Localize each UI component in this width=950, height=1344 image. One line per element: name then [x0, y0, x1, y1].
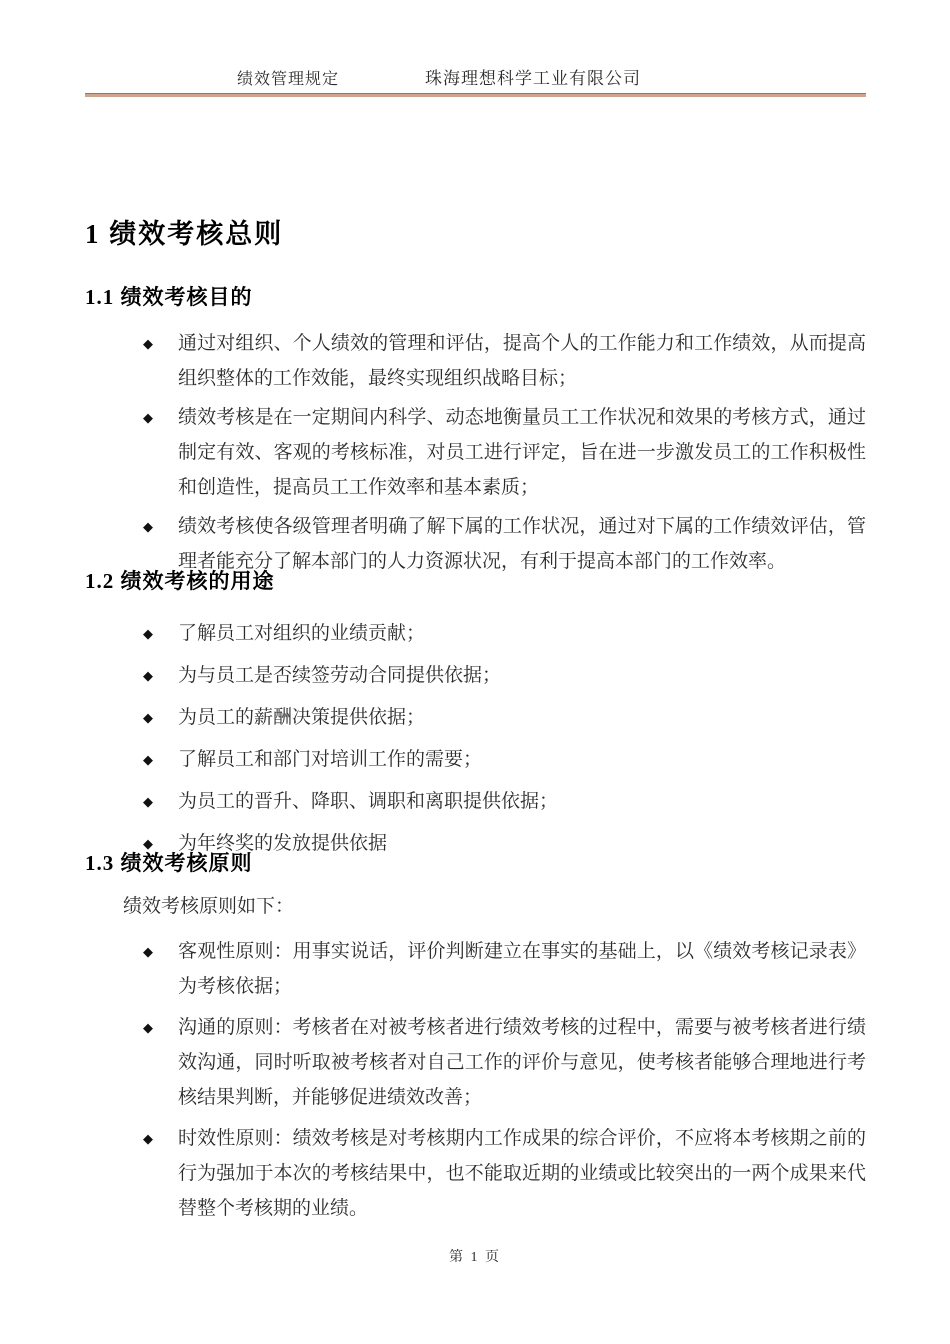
header-company-name: 珠海理想科学工业有限公司: [425, 64, 641, 89]
bullet-item: ◆ 客观性原则：用事实说话，评价判断建立在事实的基础上，以《绩效考核记录表》为考…: [143, 934, 866, 1004]
bullet-text: 时效性原则：绩效考核是对考核期内工作成果的综合评价，不应将本考核期之前的行为强加…: [178, 1121, 866, 1226]
page-footer: 第 1 页: [0, 1246, 950, 1266]
section-1-1-heading: 1.1 绩效考核目的: [85, 281, 866, 311]
bullet-item: ◆ 绩效考核是在一定期间内科学、动态地衡量员工工作状况和效果的考核方式，通过制定…: [143, 400, 866, 505]
diamond-bullet-icon: ◆: [143, 934, 178, 1004]
bullet-text: 了解员工对组织的业绩贡献；: [178, 616, 866, 651]
section-1-1-bullets: ◆ 通过对组织、个人绩效的管理和评估，提高个人的工作能力和工作绩效，从而提高组织…: [85, 326, 866, 579]
bullet-item: ◆ 为与员工是否续签劳动合同提供依据；: [143, 658, 866, 693]
header-rule: [85, 93, 866, 97]
section-1-2-heading: 1.2 绩效考核的用途: [85, 565, 866, 595]
diamond-bullet-icon: ◆: [143, 658, 178, 693]
diamond-bullet-icon: ◆: [143, 1010, 178, 1115]
bullet-text: 沟通的原则：考核者在对被考核者进行绩效考核的过程中，需要与被考核者进行绩效沟通，…: [178, 1010, 866, 1115]
header-row: 绩效管理规定 珠海理想科学工业有限公司: [85, 64, 866, 89]
diamond-bullet-icon: ◆: [143, 326, 178, 396]
bullet-item: ◆ 时效性原则：绩效考核是对考核期内工作成果的综合评价，不应将本考核期之前的行为…: [143, 1121, 866, 1226]
bullet-text: 客观性原则：用事实说话，评价判断建立在事实的基础上，以《绩效考核记录表》为考核依…: [178, 934, 866, 1004]
diamond-bullet-icon: ◆: [143, 616, 178, 651]
section-1-3-intro: 绩效考核原则如下：: [85, 889, 866, 924]
bullet-text: 为员工的晋升、降职、调职和离职提供依据；: [178, 784, 866, 819]
diamond-bullet-icon: ◆: [143, 742, 178, 777]
bullet-item: ◆ 沟通的原则：考核者在对被考核者进行绩效考核的过程中，需要与被考核者进行绩效沟…: [143, 1010, 866, 1115]
bullet-text: 为与员工是否续签劳动合同提供依据；: [178, 658, 866, 693]
bullet-item: ◆ 了解员工对组织的业绩贡献；: [143, 616, 866, 651]
section-1-2: 1.2 绩效考核的用途 ◆ 了解员工对组织的业绩贡献； ◆ 为与员工是否续签劳动…: [85, 565, 866, 868]
page-number: 第 1 页: [449, 1250, 501, 1265]
diamond-bullet-icon: ◆: [143, 784, 178, 819]
diamond-bullet-icon: ◆: [143, 1121, 178, 1226]
bullet-text: 绩效考核是在一定期间内科学、动态地衡量员工工作状况和效果的考核方式，通过制定有效…: [178, 400, 866, 505]
bullet-text: 为员工的薪酬决策提供依据；: [178, 700, 866, 735]
bullet-item: ◆ 为员工的薪酬决策提供依据；: [143, 700, 866, 735]
bullet-text: 通过对组织、个人绩效的管理和评估，提高个人的工作能力和工作绩效，从而提高组织整体…: [178, 326, 866, 396]
chapter-title: 1 绩效考核总则: [85, 212, 283, 251]
bullet-item: ◆ 为员工的晋升、降职、调职和离职提供依据；: [143, 784, 866, 819]
page-header: 绩效管理规定 珠海理想科学工业有限公司: [85, 64, 866, 97]
diamond-bullet-icon: ◆: [143, 700, 178, 735]
bullet-item: ◆ 通过对组织、个人绩效的管理和评估，提高个人的工作能力和工作绩效，从而提高组织…: [143, 326, 866, 396]
section-1-3-bullets: ◆ 客观性原则：用事实说话，评价判断建立在事实的基础上，以《绩效考核记录表》为考…: [85, 934, 866, 1226]
document-page: 绩效管理规定 珠海理想科学工业有限公司 1 绩效考核总则 1.1 绩效考核目的 …: [0, 0, 950, 1344]
section-1-1: 1.1 绩效考核目的 ◆ 通过对组织、个人绩效的管理和评估，提高个人的工作能力和…: [85, 281, 866, 583]
bullet-item: ◆ 了解员工和部门对培训工作的需要；: [143, 742, 866, 777]
section-1-2-bullets: ◆ 了解员工对组织的业绩贡献； ◆ 为与员工是否续签劳动合同提供依据； ◆ 为员…: [85, 616, 866, 861]
header-doc-title: 绩效管理规定: [237, 66, 339, 89]
section-1-3-heading: 1.3 绩效考核原则: [85, 847, 866, 877]
bullet-text: 了解员工和部门对培训工作的需要；: [178, 742, 866, 777]
diamond-bullet-icon: ◆: [143, 400, 178, 505]
section-1-3: 1.3 绩效考核原则 绩效考核原则如下： ◆ 客观性原则：用事实说话，评价判断建…: [85, 847, 866, 1232]
